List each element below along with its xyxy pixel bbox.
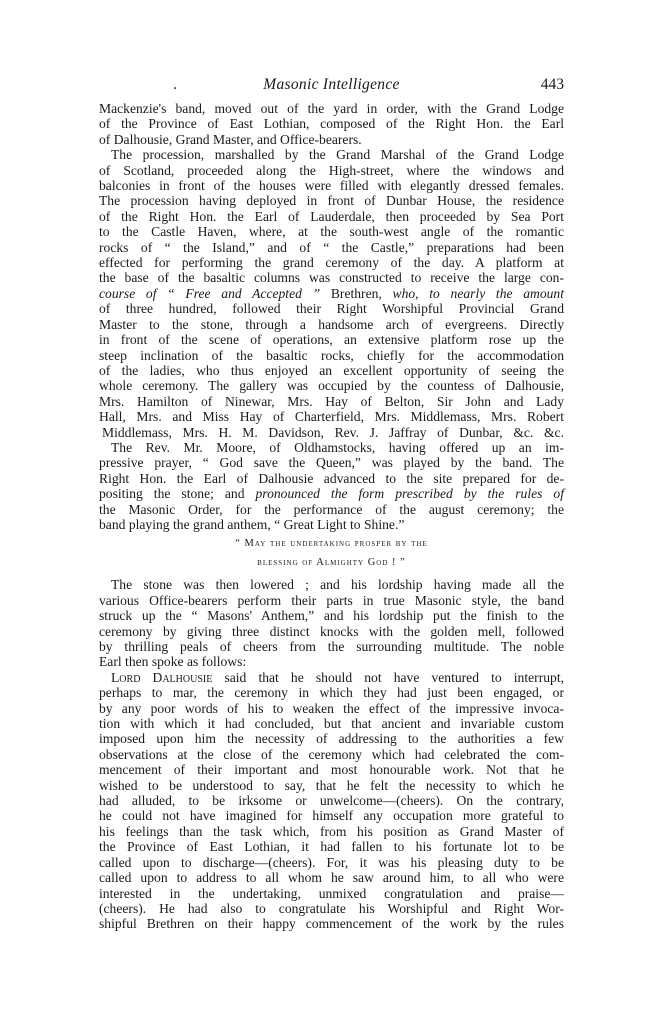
text-line-italic-mixed: positing the stone; and pronounced the f… [99, 486, 564, 501]
text-line: the Masonic Order, for the performance o… [99, 502, 564, 517]
text-line: had alluded, to be irksome or unwelcome—… [99, 793, 564, 808]
text-line: by any poor words of his to weaken the e… [99, 701, 564, 716]
text-line: shipful Brethren on their happy commence… [99, 916, 564, 931]
text-line-speaker: Lord Dalhousie said that he should not h… [99, 670, 564, 685]
text-line: balconies in front of the houses were fi… [99, 178, 564, 193]
plain-phrase: positing the stone; and [99, 486, 256, 501]
text-line: observations at the close of the ceremon… [99, 747, 564, 762]
italic-phrase: who, to nearly the amount [393, 286, 565, 301]
text-line: called upon to address to all whom he sa… [99, 870, 564, 885]
text-line: called upon to discharge—(cheers). For, … [99, 855, 564, 870]
text-line: of the ladies, who thus enjoyed an excel… [99, 363, 564, 378]
text-line: Hall, Mrs. and Miss Hay of Charterfield,… [99, 409, 564, 424]
text-line: mencement of their important and most ho… [99, 762, 564, 777]
text-line: whole ceremony. The gallery was occupied… [99, 378, 564, 393]
text-line: in front of the scene of operations, an … [99, 332, 564, 347]
text-line: (cheers). He had also to congratulate hi… [99, 901, 564, 916]
running-header: . Masonic Intelligence 443 [99, 76, 564, 94]
text-line: interested in the undertaking, unmixed c… [99, 886, 564, 901]
text-line: The stone was then lowered ; and his lor… [99, 577, 564, 592]
motto-line: “ May the undertaking prosper by the [99, 534, 564, 553]
plain-phrase: Brethren, [320, 286, 392, 301]
motto-line: blessing of Almighty God ! ” [99, 553, 564, 572]
text-line: he could not have imagined for himself a… [99, 808, 564, 823]
text-line: of three hundred, followed their Right W… [99, 301, 564, 316]
text-line: Mrs. Hamilton of Ninewar, Mrs. Hay of Be… [99, 394, 564, 409]
text-line-italic-mixed: course of “ Free and Accepted ” Brethren… [99, 286, 564, 301]
text-line: various Office-bearers perform their par… [99, 593, 564, 608]
text-line: by thrilling peals of cheers from the su… [99, 639, 564, 654]
text-line: steep inclination of the basaltic rocks,… [99, 348, 564, 363]
text-line: The procession, marshalled by the Grand … [99, 147, 564, 162]
text-line: his feelings than the task which, from h… [99, 824, 564, 839]
text-line: of the Province of East Lothian, compose… [99, 116, 564, 131]
speech-text: said that he should not have ventured to… [224, 670, 564, 685]
text-line: band playing the grand anthem, “ Great L… [99, 517, 564, 532]
text-line: The procession having deployed in front … [99, 193, 564, 208]
text-line: pressive prayer, “ God save the Queen,” … [99, 455, 564, 470]
text-line: wished to be understood to say, that he … [99, 778, 564, 793]
text-line: struck up the “ Masons' Anthem,” and his… [99, 608, 564, 623]
page-number: 443 [541, 76, 564, 94]
text-line: The Rev. Mr. Moore, of Oldhamstocks, hav… [99, 440, 564, 455]
running-title: Masonic Intelligence [99, 76, 564, 94]
text-line: of the Right Hon. the Earl of Lauderdale… [99, 209, 564, 224]
text-line: Middlemass, Mrs. H. M. Davidson, Rev. J.… [99, 425, 564, 440]
text-line: the Province of East Lothian, it had fal… [99, 839, 564, 854]
document-page: . Masonic Intelligence 443 Mackenzie's b… [0, 0, 666, 1016]
italic-phrase: course of “ Free and Accepted ” [99, 286, 320, 301]
text-line: imposed upon him the necessity of addres… [99, 731, 564, 746]
italic-phrase: pronounced the form prescribed by the ru… [256, 486, 565, 501]
speaker-name: Lord Dalhousie [111, 670, 212, 685]
text-line: Right Hon. the Earl of Dalhousie advance… [99, 471, 564, 486]
article-body: Mackenzie's band, moved out of the yard … [99, 101, 564, 932]
text-line: tion with which it had concluded, but th… [99, 716, 564, 731]
text-line: Mackenzie's band, moved out of the yard … [99, 101, 564, 116]
text-line: perhaps to mar, the ceremony in which th… [99, 685, 564, 700]
text-line: the base of the basaltic columns was con… [99, 270, 564, 285]
text-line: Master to the stone, through a handsome … [99, 317, 564, 332]
text-line: effected for performing the grand ceremo… [99, 255, 564, 270]
text-line: Earl then spoke as follows: [99, 654, 564, 669]
text-line: of Dalhousie, Grand Master, and Office-b… [99, 132, 564, 147]
text-line: of Scotland, proceeded along the High-st… [99, 163, 564, 178]
text-line: ceremony by giving three distinct knocks… [99, 624, 564, 639]
text-line: to the Castle Haven, where, at the south… [99, 224, 564, 239]
text-line: rocks of “ the Island,” and of “ the Cas… [99, 240, 564, 255]
